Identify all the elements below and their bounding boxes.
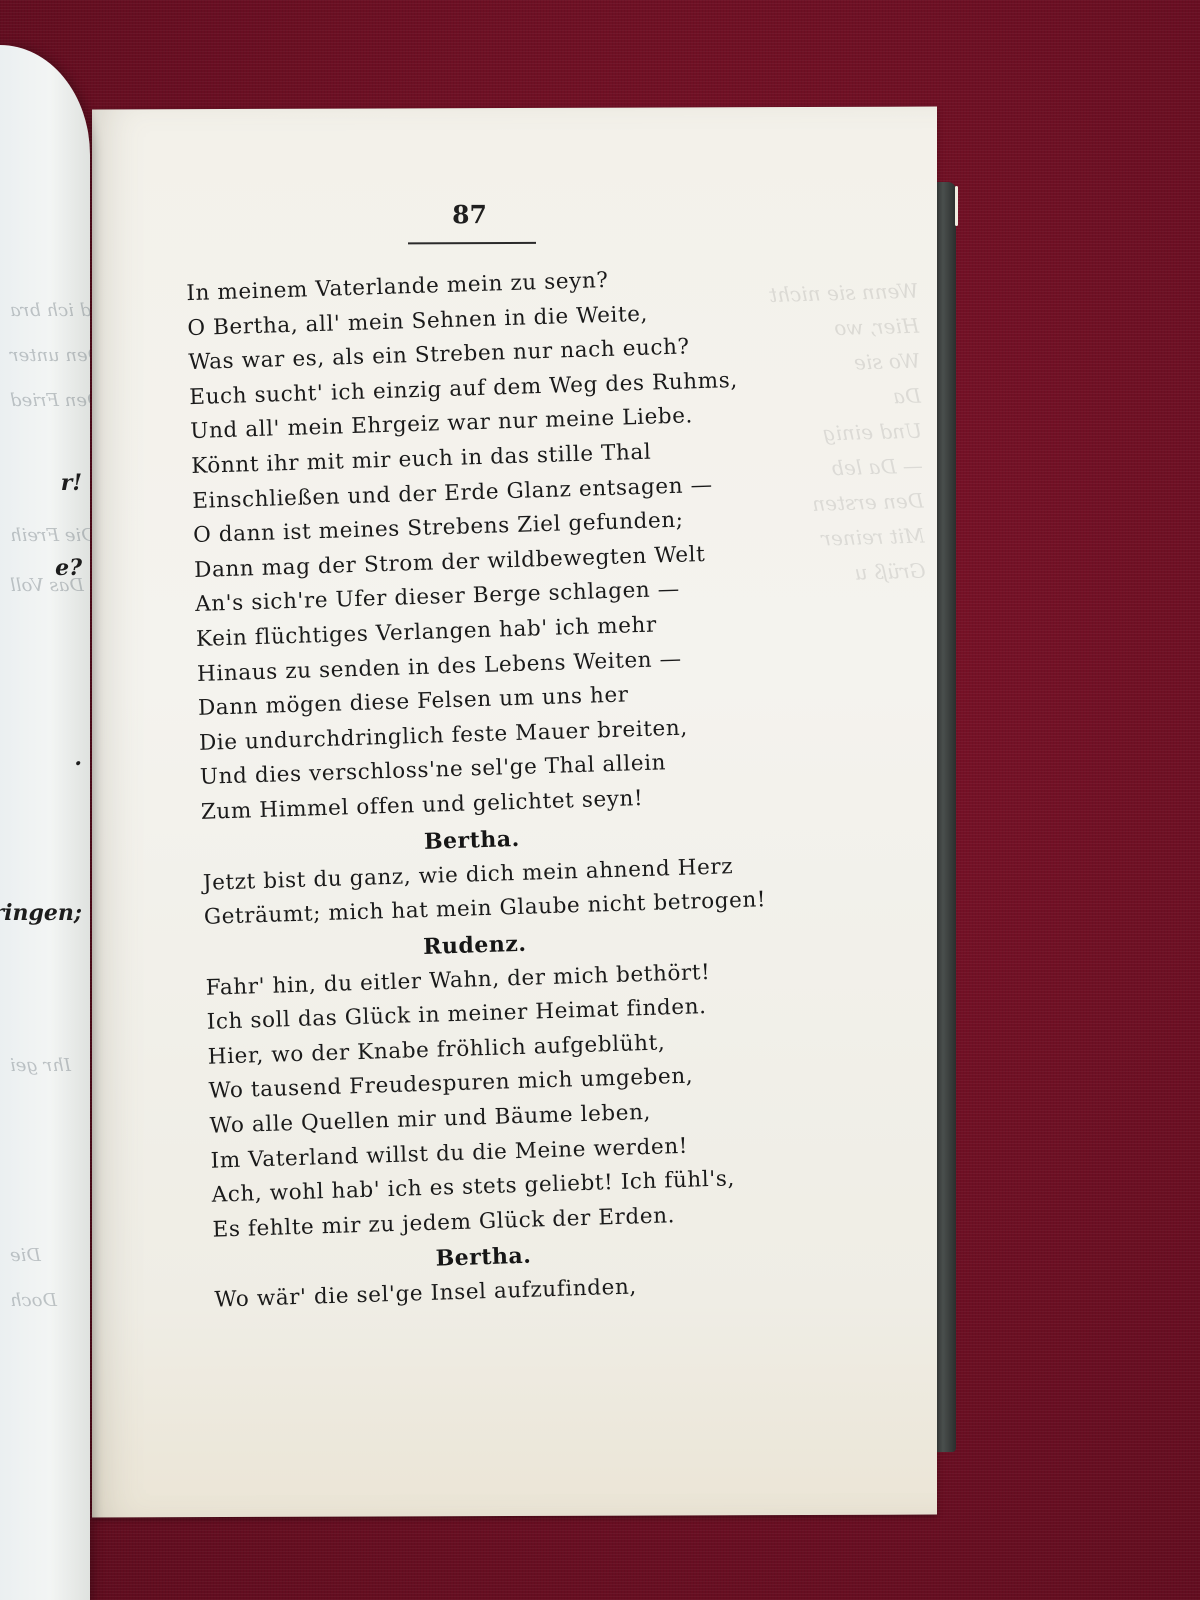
show-through-text: Die bbox=[10, 1245, 41, 1266]
show-through-text: Den unter bbox=[10, 345, 90, 366]
show-through-text: Doch bbox=[10, 1290, 57, 1311]
drama-text-block: In meinem Vaterlande mein zu seyn? O Ber… bbox=[186, 258, 835, 1319]
page-number: 87 bbox=[2, 199, 937, 231]
show-through-text: Ihr gei bbox=[10, 1055, 71, 1076]
page-number-rule bbox=[408, 242, 536, 244]
right-page: Wenn sie nichtHier, woWo sieDaUnd einig—… bbox=[92, 107, 937, 1518]
left-page-fragment: e? bbox=[55, 555, 82, 581]
left-page-fragment: ringen; bbox=[0, 900, 82, 926]
left-page-fragment: . bbox=[74, 745, 82, 771]
show-through-text: Den Fried bbox=[10, 390, 90, 411]
show-through-text: und ich bra bbox=[10, 300, 90, 321]
show-through-text: Die Freih bbox=[10, 525, 90, 546]
left-page-curl: und ich bra Den unter Den Fried Die Frei… bbox=[0, 45, 90, 1600]
left-page-fragment: r! bbox=[61, 470, 82, 496]
